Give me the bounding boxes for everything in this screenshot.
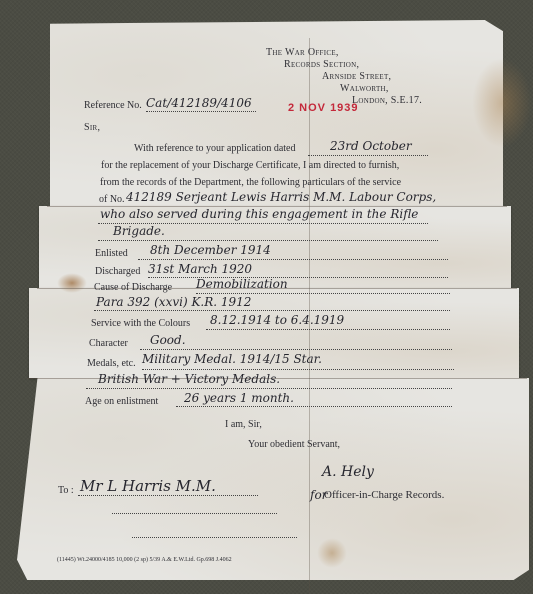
dotted-line — [98, 240, 438, 241]
to-label: To : — [58, 485, 74, 496]
reference-value: Cat/412189/4106 — [146, 96, 252, 110]
dotted-line — [138, 259, 448, 260]
dotted-line — [86, 388, 452, 389]
enlisted-label: Enlisted — [95, 248, 128, 259]
dotted-line — [112, 513, 277, 514]
dotted-line — [94, 310, 450, 311]
printer-imprint: (11445) Wt.24000/4185 10,000 (2 sp) 5/39… — [57, 557, 232, 563]
closing-line: Your obedient Servant, — [248, 439, 340, 450]
stain — [57, 273, 87, 293]
soldier-details-cont: who also served during this engagement i… — [100, 207, 418, 221]
stain — [317, 538, 347, 568]
cause-label: Cause of Discharge — [94, 282, 172, 293]
closing-line: I am, Sir, — [225, 419, 262, 430]
dotted-line — [308, 155, 428, 156]
body-line: With reference to your application dated — [134, 143, 295, 154]
character-value: Good. — [150, 333, 186, 347]
application-date: 23rd October — [330, 139, 412, 153]
age-label: Age on enlistment — [85, 396, 158, 407]
medals-value-cont: British War + Victory Medals. — [98, 372, 280, 386]
dotted-line — [196, 293, 450, 294]
dotted-line — [176, 406, 452, 407]
stain — [472, 58, 532, 148]
letterhead-line: London, S.E.17. — [352, 95, 422, 106]
body-line: from the records of the Department, the … — [100, 177, 401, 188]
age-value: 26 years 1 month. — [184, 391, 294, 405]
discharged-label: Discharged — [95, 266, 140, 277]
soldier-details-cont: Brigade. — [113, 224, 165, 238]
body-line: for the replacement of your Discharge Ce… — [101, 160, 399, 171]
salutation: Sir, — [84, 122, 100, 133]
reference-label: Reference No. — [84, 100, 142, 111]
of-no-label: of No. — [99, 194, 125, 205]
letterhead-line: Walworth, — [340, 83, 389, 94]
officer-title: Officer-in-Charge Records. — [324, 489, 444, 501]
dotted-line — [148, 277, 448, 278]
character-label: Character — [89, 338, 128, 349]
discharged-value: 31st March 1920 — [148, 262, 252, 276]
service-label: Service with the Colours — [91, 318, 190, 329]
date-stamp: 2 NOV 1939 — [288, 102, 359, 114]
dotted-line — [132, 537, 297, 538]
medals-value: Military Medal. 1914/15 Star. — [142, 352, 322, 366]
service-value: 8.12.1914 to 6.4.1919 — [210, 313, 344, 327]
letterhead-line: The War Office, — [266, 47, 339, 58]
dotted-line — [146, 111, 256, 112]
dotted-line — [206, 329, 450, 330]
enlisted-value: 8th December 1914 — [150, 243, 271, 257]
cause-value: Demobilization — [196, 277, 288, 291]
letterhead-line: Arnside Street, — [322, 71, 391, 82]
recipient-name: Mr L Harris M.M. — [80, 477, 216, 495]
signature: A. Hely — [322, 464, 374, 480]
dotted-line — [140, 349, 452, 350]
cause-value-cont: Para 392 (xxvi) K.R. 1912 — [96, 295, 251, 309]
soldier-details: 412189 Serjeant Lewis Harris M.M. Labour… — [126, 190, 436, 204]
medals-label: Medals, etc. — [87, 358, 136, 369]
dotted-line — [142, 369, 454, 370]
dotted-line — [78, 495, 258, 496]
letterhead-line: Records Section, — [284, 59, 359, 70]
